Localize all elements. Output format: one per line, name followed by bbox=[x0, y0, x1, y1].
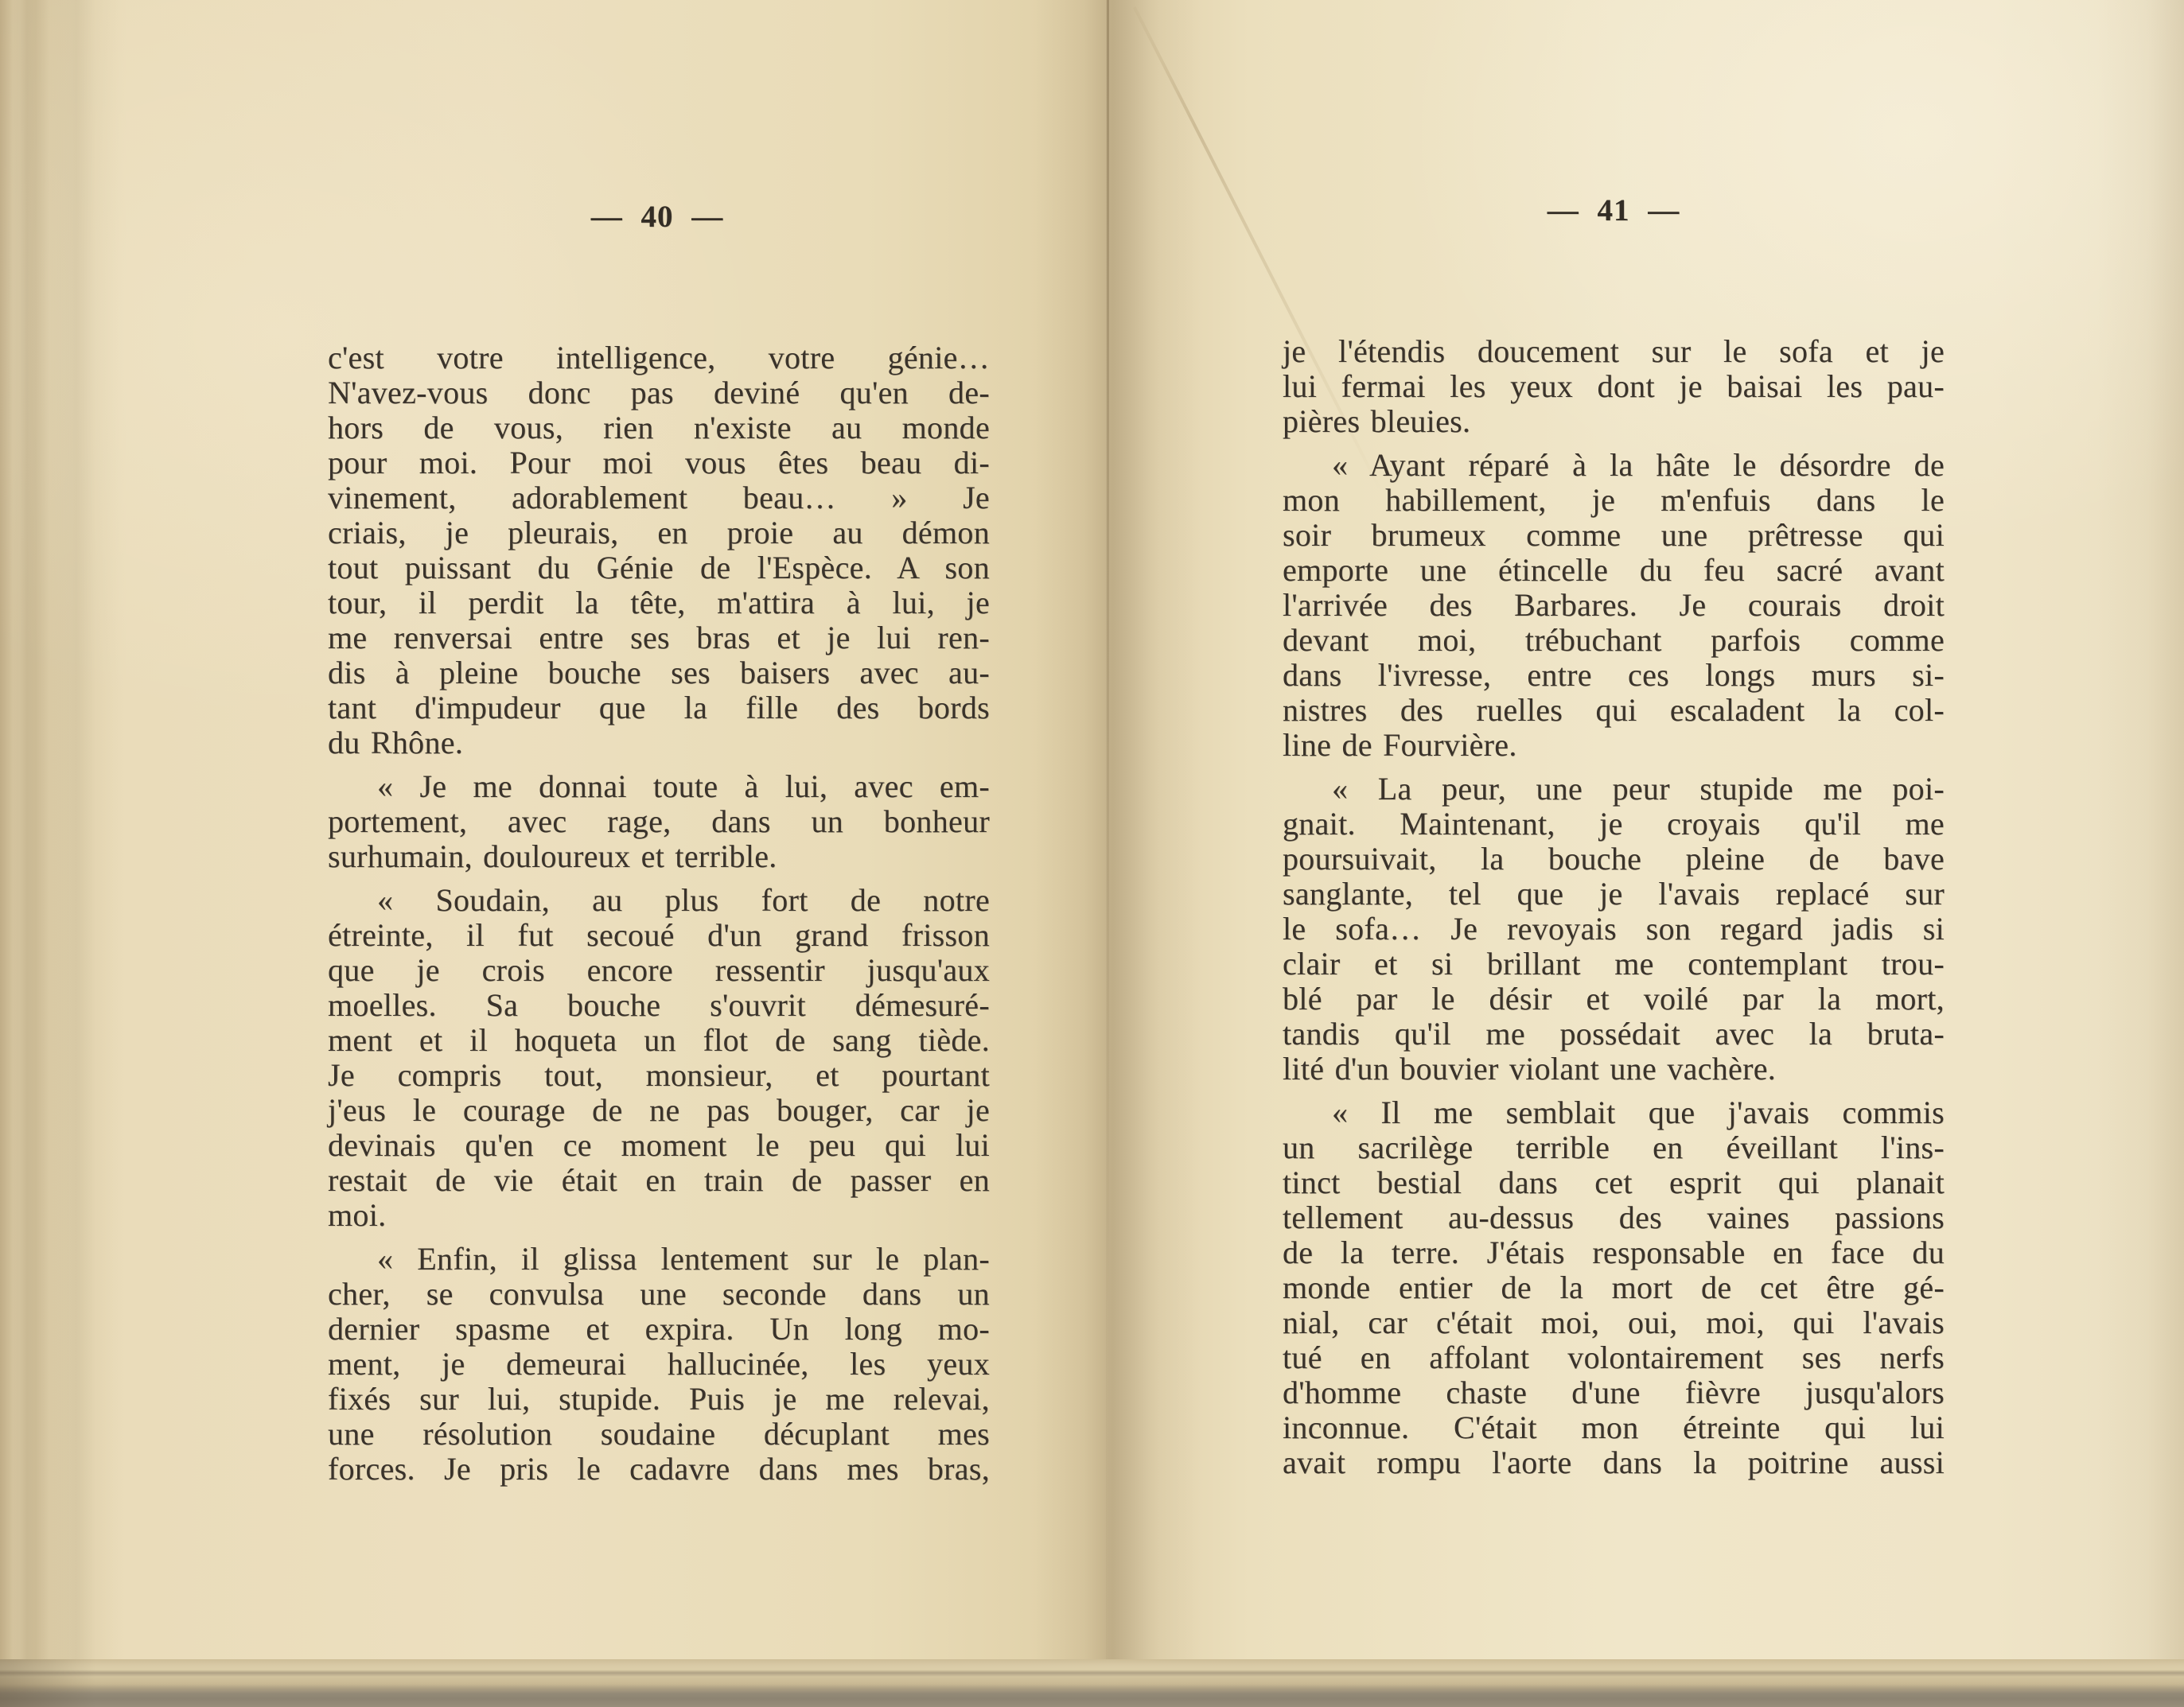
text-line: inconnue. C'était mon étreinte qui lui bbox=[1283, 1410, 1945, 1445]
text-line: forces. Je pris le cadavre dans mes bras… bbox=[328, 1452, 990, 1487]
text-line: Je compris tout, monsieur, et pourtant bbox=[328, 1058, 990, 1093]
text-line: de la terre. J'étais responsable en face… bbox=[1283, 1235, 1945, 1270]
text-line: « Soudain, au plus fort de notre bbox=[328, 883, 990, 918]
left-text-column: c'est votre intelligence, votre génie…N'… bbox=[328, 340, 990, 1487]
text-line: pières bleuies. bbox=[1283, 404, 1945, 439]
text-line: emporte une étincelle du feu sacré avant bbox=[1283, 553, 1945, 588]
paragraph: « La peur, une peur stupide me poi-gnait… bbox=[1283, 772, 1945, 1087]
text-line: du Rhône. bbox=[328, 725, 990, 760]
text-line: moelles. Sa bouche s'ouvrit démesuré- bbox=[328, 988, 990, 1023]
text-line: moi. bbox=[328, 1198, 990, 1233]
text-line: lité d'un bouvier violant une vachère. bbox=[1283, 1052, 1945, 1087]
text-line: tué en affolant volontairement ses nerfs bbox=[1283, 1340, 1945, 1375]
text-line: cher, se convulsa une seconde dans un bbox=[328, 1277, 990, 1312]
text-line: lui fermai les yeux dont je baisai les p… bbox=[1283, 369, 1945, 404]
text-line: poursuivait, la bouche pleine de bave bbox=[1283, 842, 1945, 877]
text-line: c'est votre intelligence, votre génie… bbox=[328, 340, 990, 375]
text-line: « Ayant réparé à la hâte le désordre de bbox=[1283, 448, 1945, 483]
text-line: dernier spasme et expira. Un long mo- bbox=[328, 1312, 990, 1347]
text-line: soir brumeux comme une prêtresse qui bbox=[1283, 518, 1945, 553]
text-line: dis à pleine bouche ses baisers avec au- bbox=[328, 655, 990, 690]
text-line: vinement, adorablement beau… » Je bbox=[328, 480, 990, 515]
text-line: N'avez-vous donc pas deviné qu'en de- bbox=[328, 375, 990, 410]
text-line: hors de vous, rien n'existe au monde bbox=[328, 410, 990, 445]
text-line: ment, je demeurai hallucinée, les yeux bbox=[328, 1347, 990, 1382]
text-line: line de Fourvière. bbox=[1283, 728, 1945, 763]
text-line: tellement au-dessus des vaines passions bbox=[1283, 1200, 1945, 1235]
text-line: fixés sur lui, stupide. Puis je me relev… bbox=[328, 1382, 990, 1417]
text-line: je l'étendis doucement sur le sofa et je bbox=[1283, 334, 1945, 369]
text-line: nistres des ruelles qui escaladent la co… bbox=[1283, 693, 1945, 728]
text-line: criais, je pleurais, en proie au démon bbox=[328, 515, 990, 550]
text-line: tinct bestial dans cet esprit qui planai… bbox=[1283, 1165, 1945, 1200]
book-scan: — 40 — — 41 — c'est votre intelligence, … bbox=[0, 0, 2184, 1707]
text-line: le sofa… Je revoyais son regard jadis si bbox=[1283, 912, 1945, 947]
text-line: dans l'ivresse, entre ces longs murs si- bbox=[1283, 658, 1945, 693]
text-line: gnait. Maintenant, je croyais qu'il me bbox=[1283, 807, 1945, 842]
bottom-left-corner-shadow bbox=[0, 1659, 95, 1707]
text-line: monde entier de la mort de cet être gé- bbox=[1283, 1270, 1945, 1305]
text-line: pour moi. Pour moi vous êtes beau di- bbox=[328, 445, 990, 480]
text-line: avait rompu l'aorte dans la poitrine aus… bbox=[1283, 1445, 1945, 1480]
text-line: tandis qu'il me possédait avec la bruta- bbox=[1283, 1017, 1945, 1052]
paragraph: « Je me donnai toute à lui, avec em-port… bbox=[328, 769, 990, 874]
text-line: l'arrivée des Barbares. Je courais droit bbox=[1283, 588, 1945, 623]
text-line: tout puissant du Génie de l'Espèce. A so… bbox=[328, 550, 990, 585]
paragraph: « Enfin, il glissa lentement sur le plan… bbox=[328, 1242, 990, 1487]
text-line: blé par le désir et voilé par la mort, bbox=[1283, 982, 1945, 1017]
text-line: « Il me semblait que j'avais commis bbox=[1283, 1095, 1945, 1130]
text-line: « La peur, une peur stupide me poi- bbox=[1283, 772, 1945, 807]
text-line: mon habillement, je m'enfuis dans le bbox=[1283, 483, 1945, 518]
text-line: un sacrilège terrible en éveillant l'ins… bbox=[1283, 1130, 1945, 1165]
left-page-number: — 40 — bbox=[326, 199, 988, 235]
text-line: étreinte, il fut secoué d'un grand friss… bbox=[328, 918, 990, 953]
text-line: restait de vie était en train de passer … bbox=[328, 1163, 990, 1198]
right-page-number: — 41 — bbox=[1283, 192, 1945, 228]
text-line: tour, il perdit la tête, m'attira à lui,… bbox=[328, 585, 990, 620]
right-text-column: je l'étendis doucement sur le sofa et je… bbox=[1283, 334, 1945, 1480]
text-line: nial, car c'était moi, oui, moi, qui l'a… bbox=[1283, 1305, 1945, 1340]
text-line: ment et il hoqueta un flot de sang tiède… bbox=[328, 1023, 990, 1058]
text-line: d'homme chaste d'une fièvre jusqu'alors bbox=[1283, 1375, 1945, 1410]
text-line: surhumain, douloureux et terrible. bbox=[328, 839, 990, 874]
paragraph: « Ayant réparé à la hâte le désordre dem… bbox=[1283, 448, 1945, 763]
text-line: j'eus le courage de ne pas bouger, car j… bbox=[328, 1093, 990, 1128]
text-line: clair et si brillant me contemplant trou… bbox=[1283, 947, 1945, 982]
paragraph: « Soudain, au plus fort de notreétreinte… bbox=[328, 883, 990, 1233]
paragraph: « Il me semblait que j'avais commisun sa… bbox=[1283, 1095, 1945, 1480]
text-line: « Enfin, il glissa lentement sur le plan… bbox=[328, 1242, 990, 1277]
paragraph: je l'étendis doucement sur le sofa et je… bbox=[1283, 334, 1945, 439]
paragraph: c'est votre intelligence, votre génie…N'… bbox=[328, 340, 990, 760]
text-line: que je crois encore ressentir jusqu'aux bbox=[328, 953, 990, 988]
text-line: « Je me donnai toute à lui, avec em- bbox=[328, 769, 990, 804]
text-line: sanglante, tel que je l'avais replacé su… bbox=[1283, 877, 1945, 912]
text-line: me renversai entre ses bras et je lui re… bbox=[328, 620, 990, 655]
text-line: portement, avec rage, dans un bonheur bbox=[328, 804, 990, 839]
text-line: une résolution soudaine décuplant mes bbox=[328, 1417, 990, 1452]
text-line: tant d'impudeur que la fille des bords bbox=[328, 690, 990, 725]
text-line: devant moi, trébuchant parfois comme bbox=[1283, 623, 1945, 658]
text-line: devinais qu'en ce moment le peu qui lui bbox=[328, 1128, 990, 1163]
